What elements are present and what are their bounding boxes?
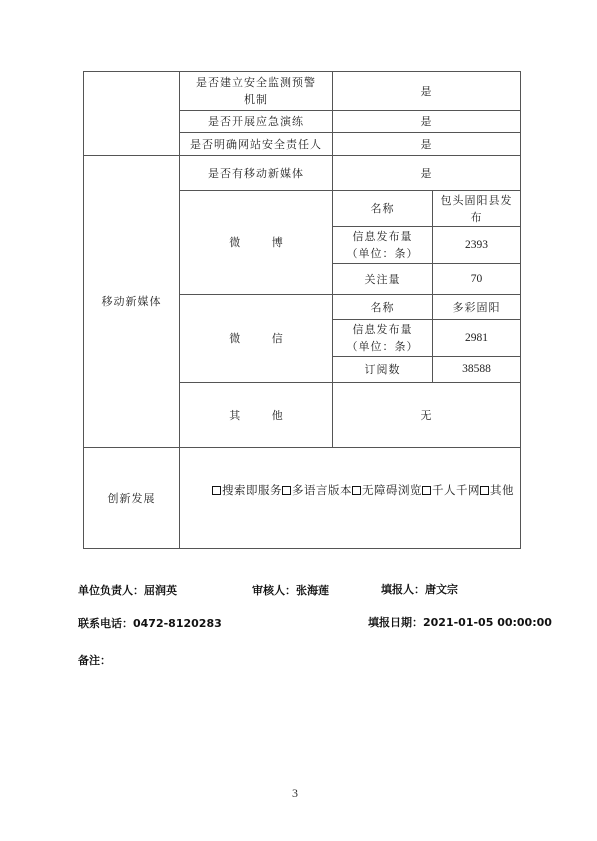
fill-date: 填报日期：2021-01-05 00:00:00 xyxy=(368,614,552,630)
weibo-posts-label-line2: （单位：条） xyxy=(347,245,419,262)
drill-label: 是否开展应急演练 xyxy=(180,111,332,132)
weibo-name-line1: 包头固阳县发 xyxy=(441,192,513,209)
filler: 填报人：唐文宗 xyxy=(381,581,458,597)
remarks: 备注： xyxy=(78,652,111,668)
wechat-posts-label: 信息发布量 （单位：条） xyxy=(333,320,432,356)
wechat-label: 微 信 xyxy=(180,295,332,382)
monitoring-label-line1: 是否建立安全监测预警 xyxy=(196,74,316,91)
other-value: 无 xyxy=(333,383,520,447)
option-label: 搜索即服务 xyxy=(222,483,282,497)
option-label: 多语言版本 xyxy=(292,483,352,497)
checkbox-icon[interactable] xyxy=(480,486,489,495)
weibo-label: 微 博 xyxy=(180,191,332,294)
wechat-subscribers-label: 订阅数 xyxy=(333,357,432,382)
option-label: 千人千网 xyxy=(432,483,480,497)
monitoring-label-line2: 机制 xyxy=(244,91,268,108)
weibo-name-label: 名称 xyxy=(333,191,432,226)
weibo-label-text: 微 博 xyxy=(229,234,297,251)
contact-phone: 联系电话：0472-8120283 xyxy=(78,615,222,631)
mobile-media-section-label: 移动新媒体 xyxy=(84,156,179,447)
innovation-option-accessible[interactable]: 无障碍浏览 xyxy=(352,482,422,499)
has-mobile-value: 是 xyxy=(333,156,520,190)
weibo-posts-value: 2393 xyxy=(433,227,520,263)
reviewer: 审核人：张海莲 xyxy=(252,582,329,598)
responsible-label: 是否明确网站安全责任人 xyxy=(180,133,332,155)
monitoring-value: 是 xyxy=(333,72,520,110)
has-mobile-label: 是否有移动新媒体 xyxy=(180,156,332,190)
wechat-subscribers-value: 38588 xyxy=(433,357,520,382)
wechat-posts-value: 2981 xyxy=(433,320,520,356)
checkbox-icon[interactable] xyxy=(352,486,361,495)
option-label: 其他 xyxy=(490,483,514,497)
weibo-posts-label: 信息发布量 （单位：条） xyxy=(333,227,432,263)
weibo-name-line2: 布 xyxy=(471,209,483,226)
weibo-followers-value: 70 xyxy=(433,264,520,294)
weibo-followers-label: 关注量 xyxy=(333,264,432,294)
page-number: 3 xyxy=(292,786,298,801)
document-page: 是否建立安全监测预警 机制 是 是否开展应急演练 是 是否明确网站安全责任人 是… xyxy=(0,0,597,841)
wechat-label-text: 微 信 xyxy=(229,330,297,347)
wechat-posts-label-line2: （单位：条） xyxy=(347,338,419,355)
other-label-text: 其 他 xyxy=(229,407,297,424)
innovation-option-search[interactable]: 搜索即服务 xyxy=(212,482,282,499)
checkbox-icon[interactable] xyxy=(212,486,221,495)
checkbox-icon[interactable] xyxy=(422,486,431,495)
wechat-name-value: 多彩固阳 xyxy=(433,295,520,319)
innovation-option-personalized[interactable]: 千人千网 xyxy=(422,482,480,499)
innovation-options: 搜索即服务 多语言版本 无障碍浏览 千人千网 其他 xyxy=(180,448,520,532)
wechat-name-label: 名称 xyxy=(333,295,432,319)
weibo-posts-label-line1: 信息发布量 xyxy=(353,228,413,245)
responsible-value: 是 xyxy=(333,133,520,155)
innovation-option-multilang[interactable]: 多语言版本 xyxy=(282,482,352,499)
checkbox-icon[interactable] xyxy=(282,486,291,495)
drill-value: 是 xyxy=(333,111,520,132)
option-label: 无障碍浏览 xyxy=(362,483,422,497)
table-border-right xyxy=(520,71,521,549)
other-label: 其 他 xyxy=(180,383,332,447)
monitoring-label: 是否建立安全监测预警 机制 xyxy=(180,72,332,110)
weibo-name-value: 包头固阳县发 布 xyxy=(433,191,520,226)
unit-head: 单位负责人：屈润英 xyxy=(78,582,177,598)
innovation-section-label: 创新发展 xyxy=(84,448,179,548)
wechat-posts-label-line1: 信息发布量 xyxy=(353,321,413,338)
table-border-bottom xyxy=(83,548,521,549)
innovation-option-other[interactable]: 其他 xyxy=(480,482,514,499)
